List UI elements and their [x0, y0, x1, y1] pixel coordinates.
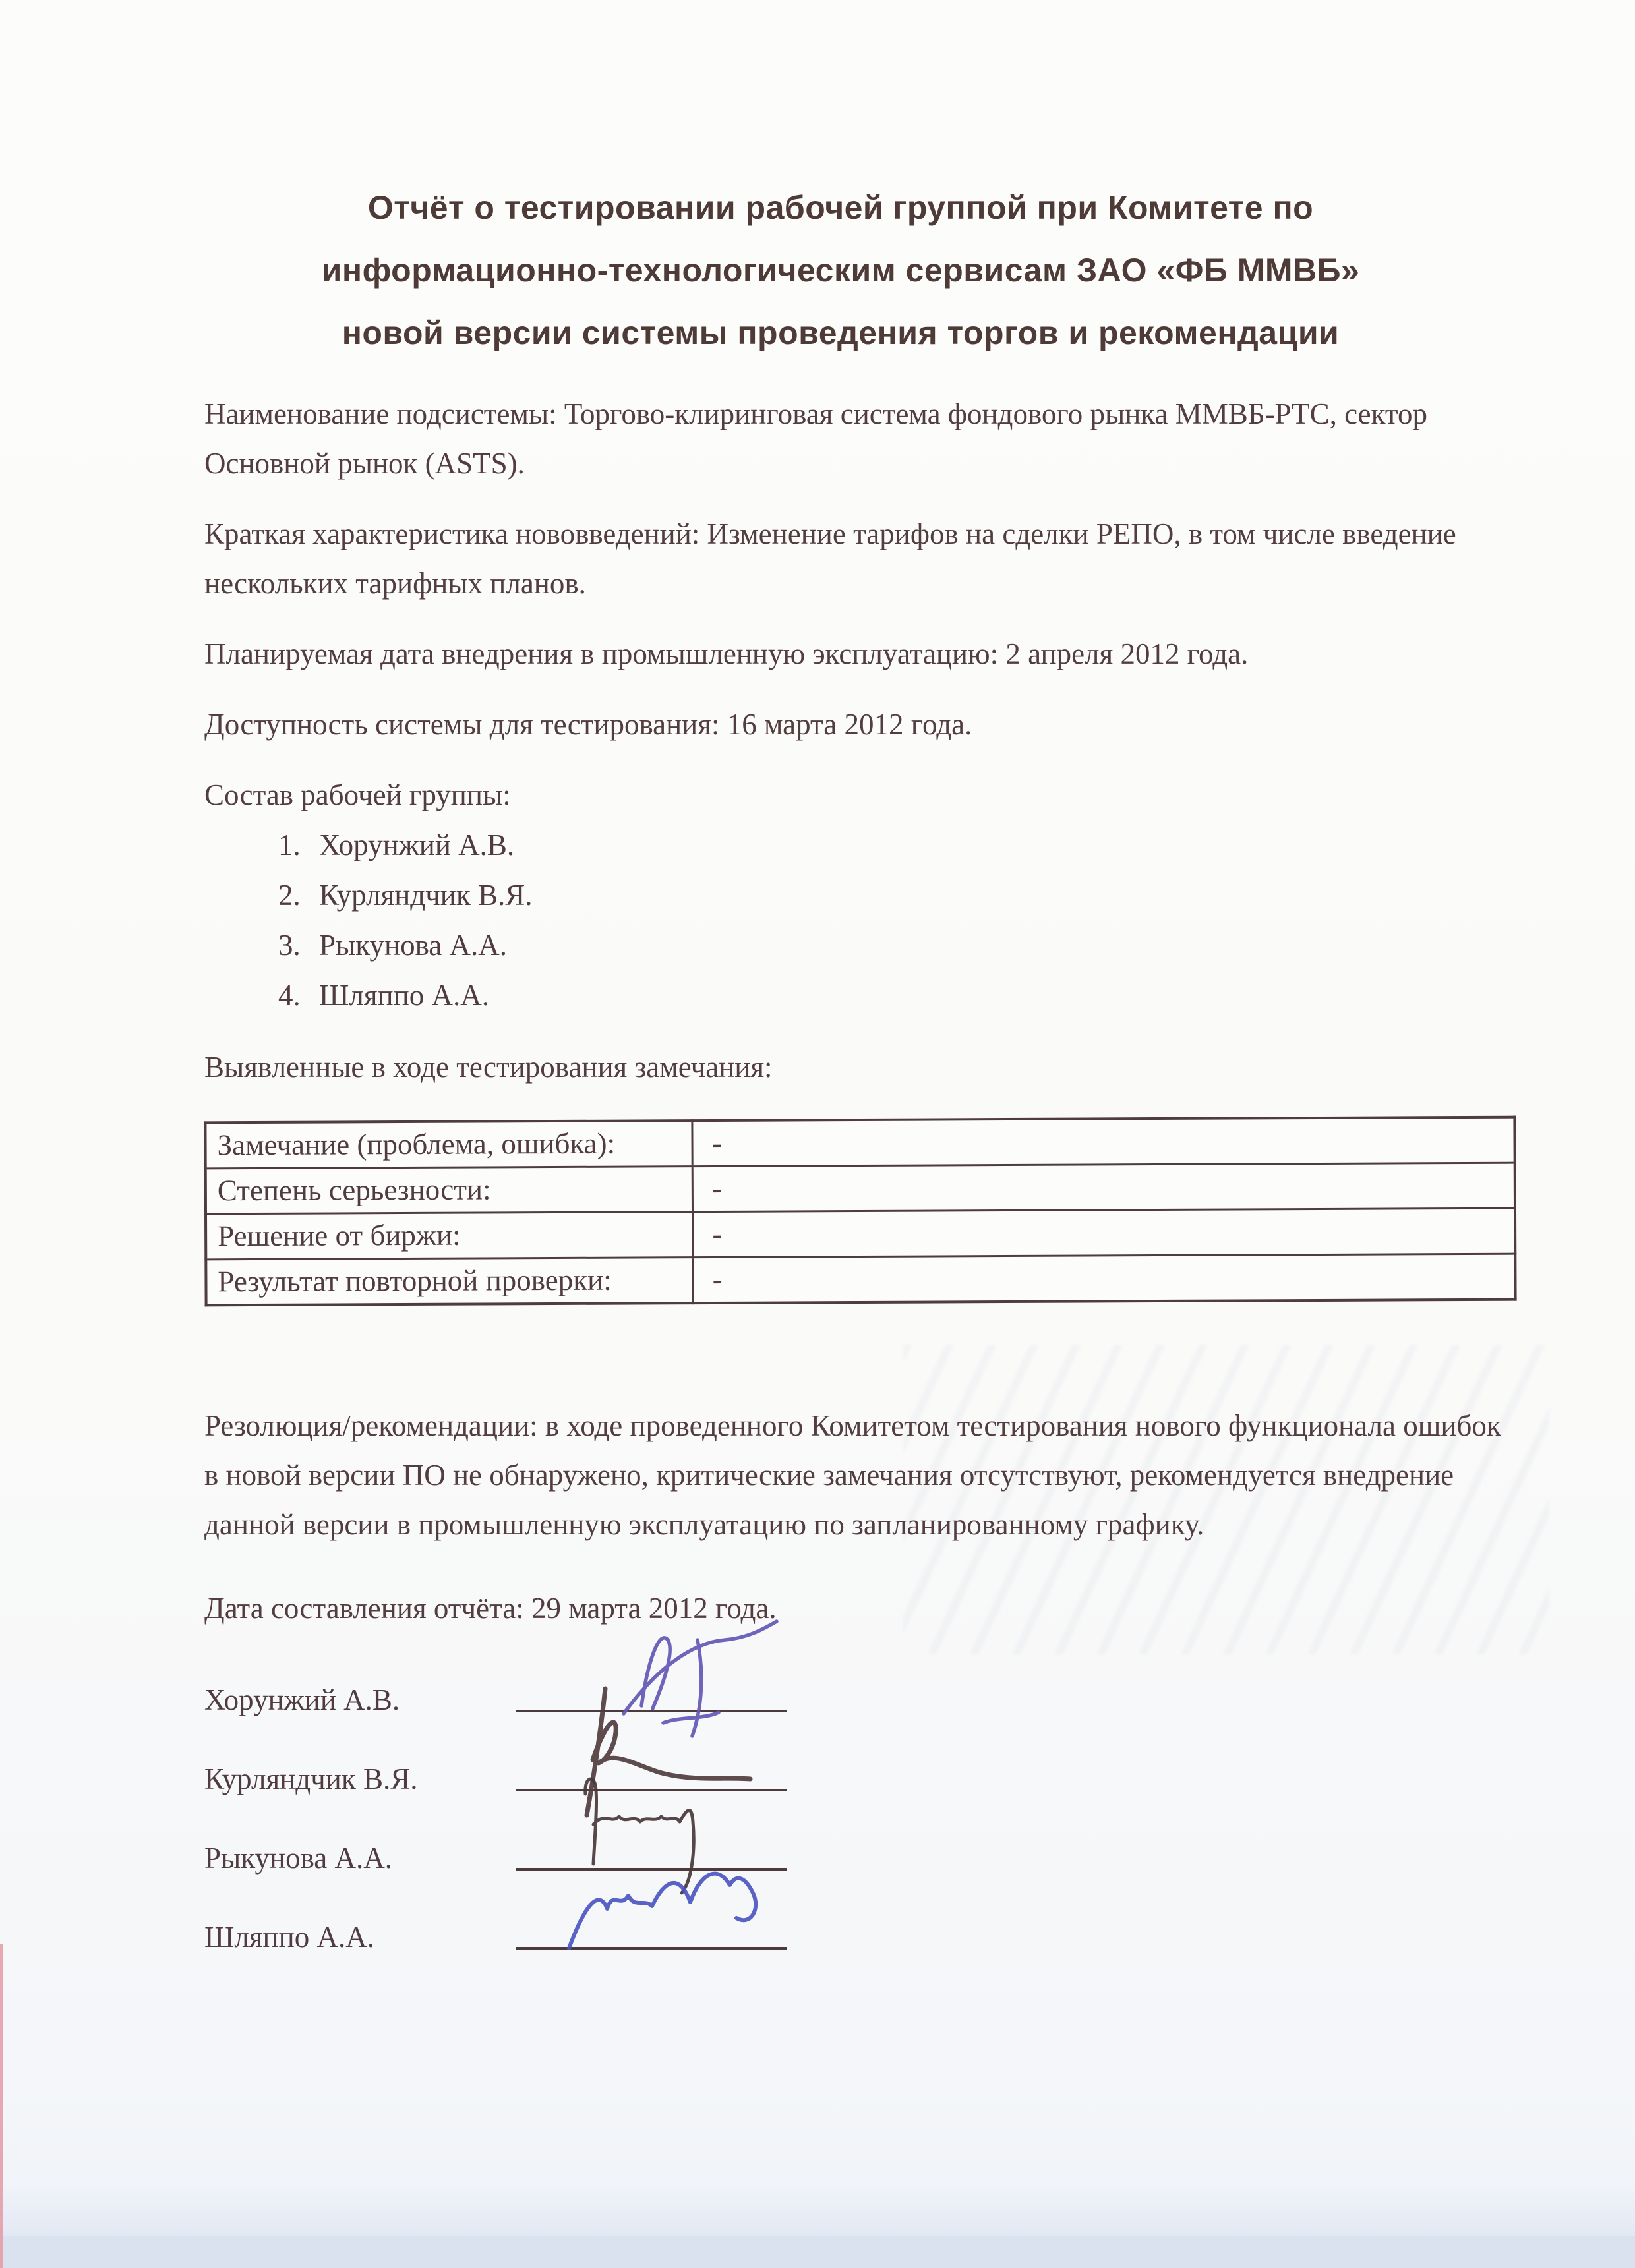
working-group-list: 1.Хорунжий А.В. 2.Курляндчик В.Я. 3.Рыку…	[278, 820, 1516, 1020]
signatory-name: Хорунжий А.В.	[204, 1681, 516, 1719]
row-value: -	[693, 1208, 1516, 1257]
row-value: -	[692, 1117, 1515, 1167]
table-row: Результат повторной проверки: -	[206, 1254, 1515, 1305]
member-name: Хорунжий А.В.	[319, 829, 514, 861]
report-title: Отчёт о тестировании рабочей группой при…	[204, 177, 1477, 364]
scanned-report-page: Отчёт о тестировании рабочей группой при…	[0, 0, 1635, 2268]
signature-line	[516, 1947, 787, 1950]
member-name: Шляппо А.А.	[319, 979, 489, 1012]
row-value: -	[693, 1254, 1516, 1303]
working-group-heading: Состав рабочей группы:	[204, 771, 1516, 820]
document-content: Отчёт о тестировании рабочей группой при…	[0, 0, 1635, 1956]
signatory-name: Рыкунова А.А.	[204, 1839, 516, 1877]
row-value: -	[692, 1163, 1515, 1211]
signature-stroke	[569, 1874, 756, 1948]
signature-row: Рыкунова А.А.	[204, 1839, 1516, 1877]
scan-bottom-band	[0, 2236, 1635, 2268]
member-number: 4.	[278, 970, 319, 1020]
table-row: Замечание (проблема, ошибка): -	[205, 1117, 1514, 1169]
row-label: Степень серьезности:	[206, 1167, 693, 1214]
report-date: Дата составления отчёта: 29 марта 2012 г…	[204, 1584, 1516, 1633]
table-row: Степень серьезности: -	[206, 1163, 1515, 1214]
report-title-line-3: новой версии системы проведения торгов и…	[204, 302, 1477, 364]
member-number: 1.	[278, 820, 319, 870]
row-label: Замечание (проблема, ошибка):	[205, 1120, 692, 1169]
signature-row: Курляндчик В.Я.	[204, 1760, 1516, 1798]
findings-heading: Выявленные в ходе тестирования замечания…	[204, 1043, 1516, 1092]
working-group-member: 3.Рыкунова А.А.	[278, 920, 1516, 970]
resolution-paragraph: Резолюция/рекомендации: в ходе проведенн…	[204, 1401, 1516, 1550]
signature-row: Хорунжий А.В.	[204, 1681, 1516, 1719]
row-label: Решение от биржи:	[206, 1212, 693, 1260]
signatory-name: Курляндчик В.Я.	[204, 1760, 516, 1798]
findings-table: Замечание (проблема, ошибка): - Степень …	[204, 1116, 1516, 1307]
scan-bottom-fade	[0, 2184, 1635, 2236]
availability-paragraph: Доступность системы для тестирования: 16…	[204, 700, 1516, 749]
signatory-name: Шляппо А.А.	[204, 1918, 516, 1956]
working-group-member: 2.Курляндчик В.Я.	[278, 870, 1516, 920]
innovations-paragraph: Краткая характеристика нововведений: Изм…	[204, 509, 1516, 608]
signature-scribble	[506, 1838, 796, 1976]
report-title-line-1: Отчёт о тестировании рабочей группой при…	[204, 177, 1477, 239]
row-label: Результат повторной проверки:	[206, 1258, 693, 1306]
deploy-date-paragraph: Планируемая дата внедрения в промышленну…	[204, 629, 1516, 679]
table-row: Решение от биржи: -	[206, 1208, 1515, 1260]
working-group-member: 4.Шляппо А.А.	[278, 970, 1516, 1020]
member-number: 3.	[278, 920, 319, 970]
working-group-member: 1.Хорунжий А.В.	[278, 820, 1516, 870]
member-name: Курляндчик В.Я.	[319, 879, 533, 912]
member-number: 2.	[278, 870, 319, 920]
signature-row: Шляппо А.А.	[204, 1918, 1516, 1956]
subsystem-paragraph: Наименование подсистемы: Торгово-клиринг…	[204, 390, 1516, 488]
signatures-section: Хорунжий А.В. Курляндчик В.Я. Рыкунова А…	[204, 1681, 1516, 1956]
report-title-line-2: информационно-технологическим сервисам З…	[204, 239, 1477, 302]
scan-left-edge-line	[0, 1944, 3, 2268]
member-name: Рыкунова А.А.	[319, 929, 507, 962]
